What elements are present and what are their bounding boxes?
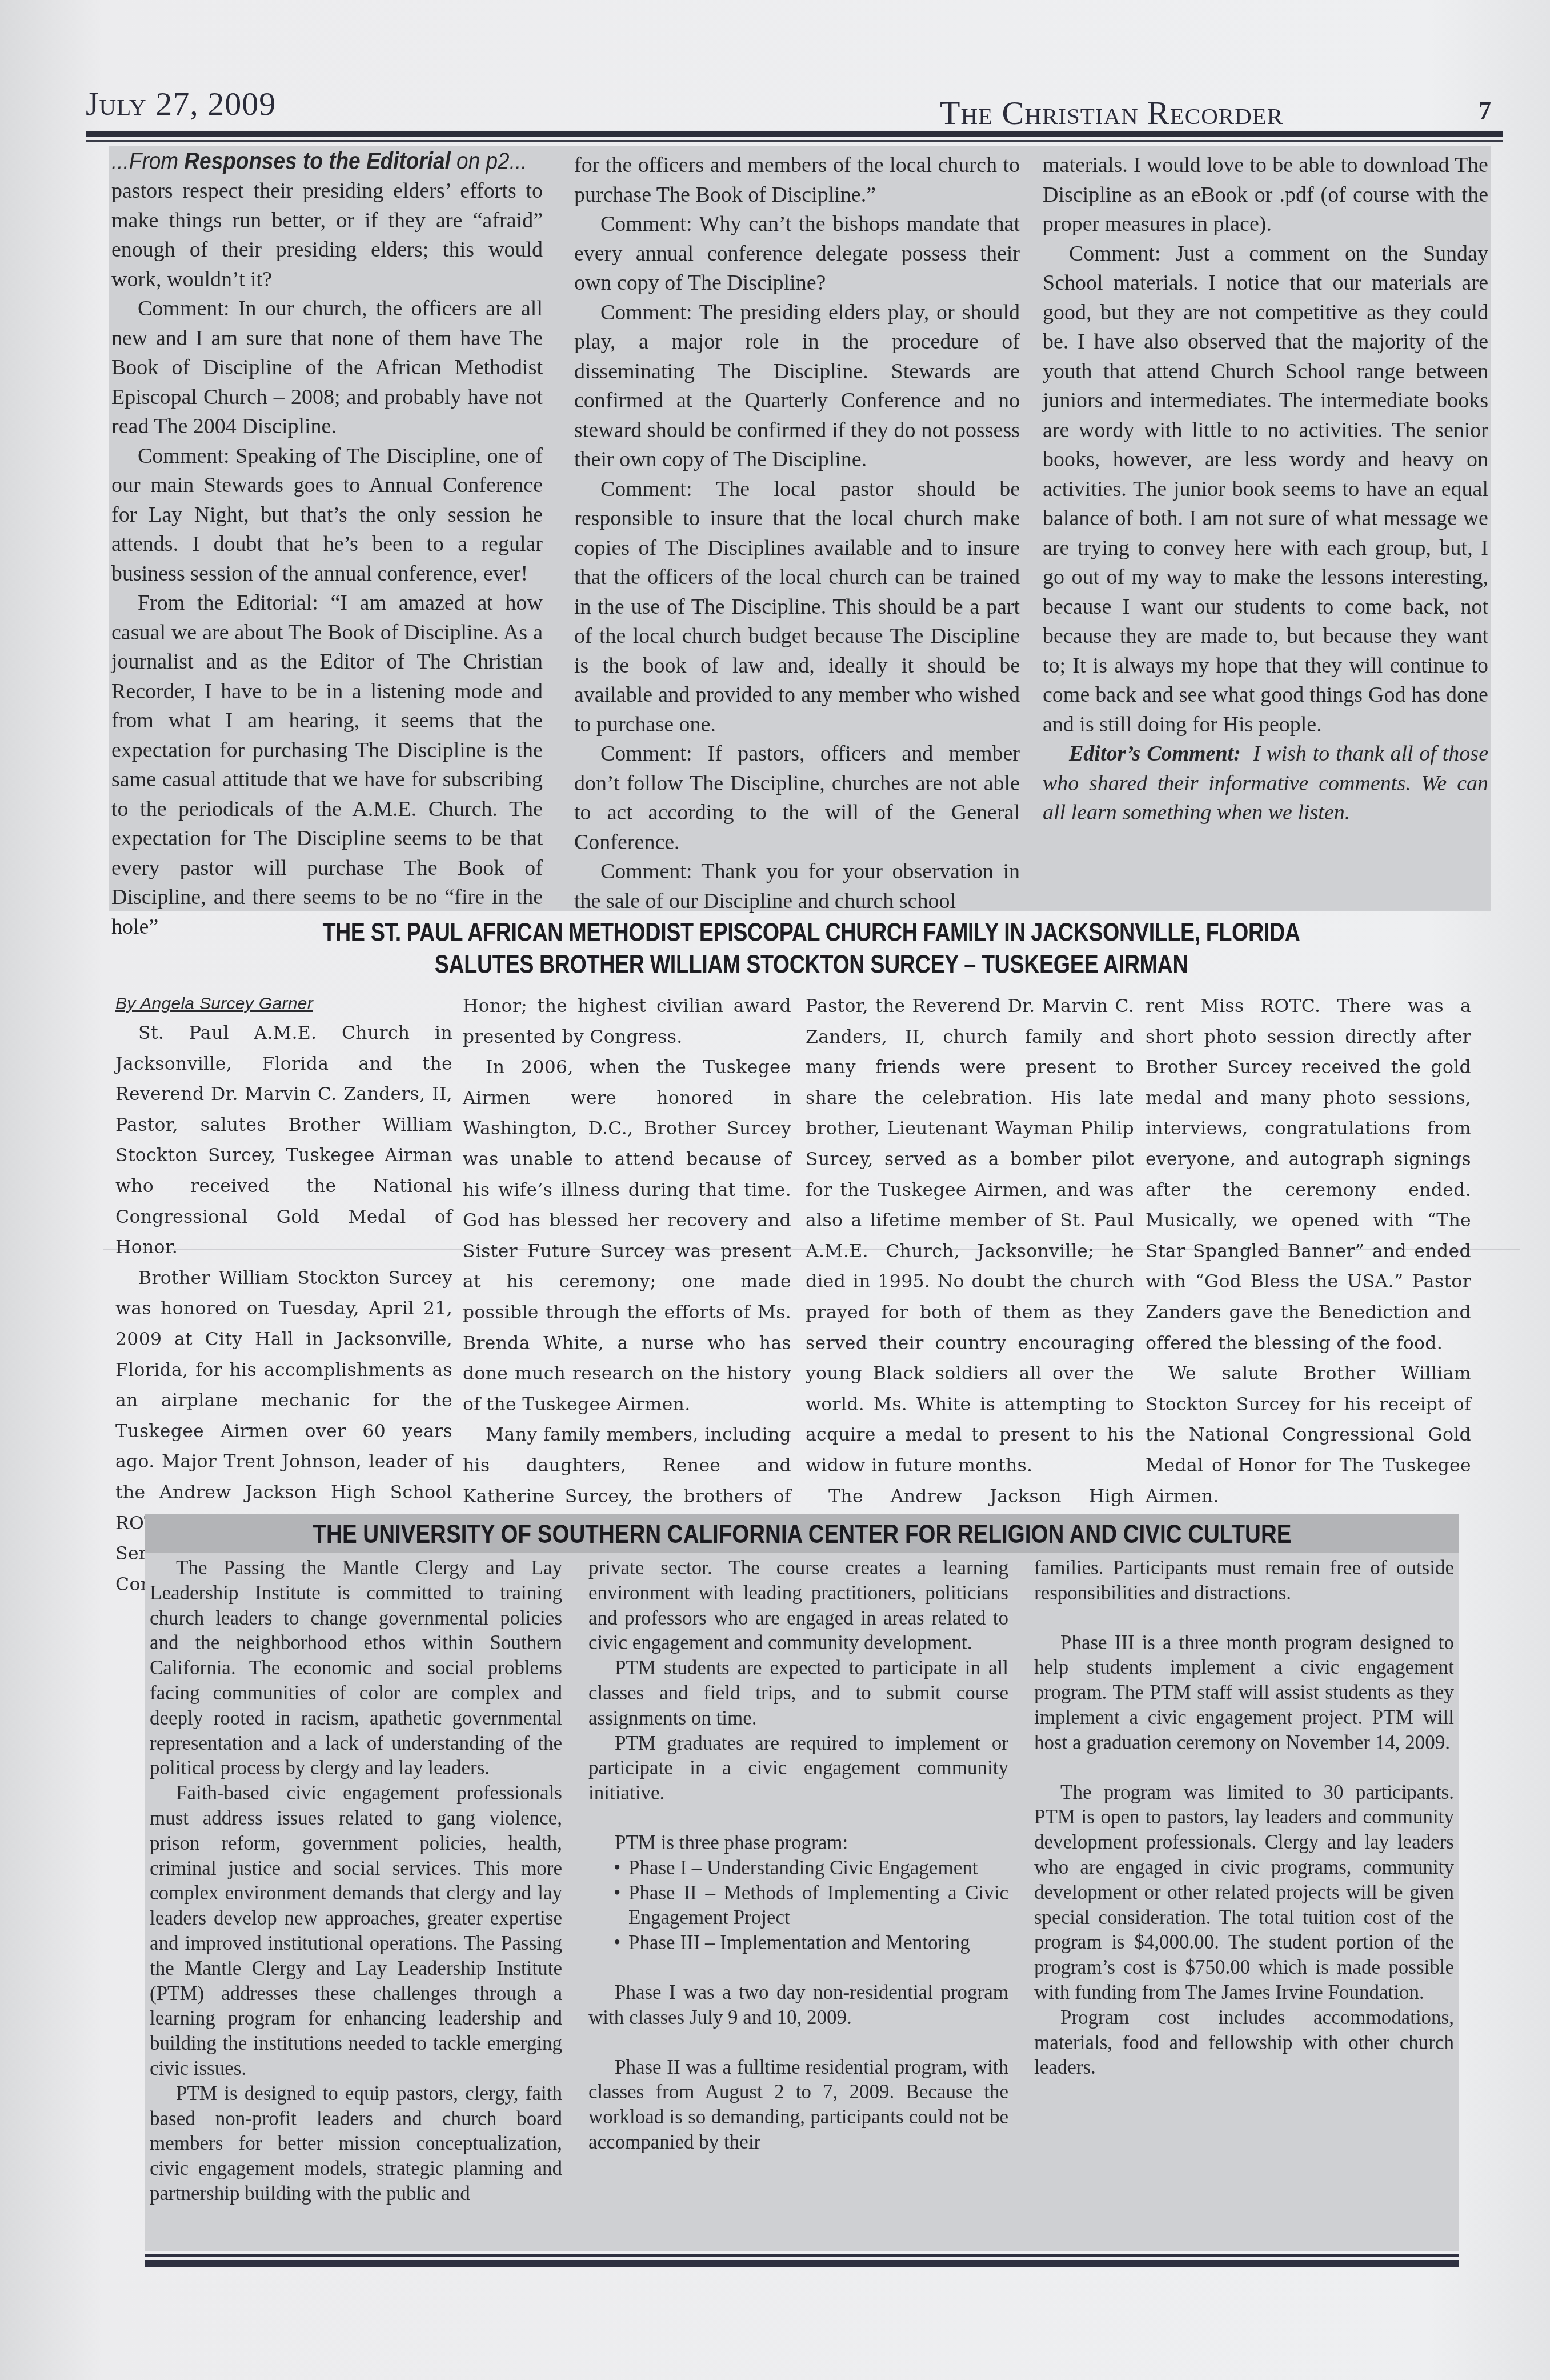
st-paul-headline-line-1: THE ST. PAUL AFRICAN METHODIST EPISCOPAL… (230, 914, 1392, 950)
st-paul-headline-line-2: SALUTES BROTHER WILLIAM STOCKTON SURCEY … (230, 946, 1392, 982)
paragraph: PTM is designed to equip pastors, clergy… (150, 2081, 562, 2206)
editor-comment: Editor’s Comment: I wish to thank all of… (1043, 739, 1488, 828)
page-header: July 27, 2009 The Christian Recorder 7 (86, 80, 1508, 137)
phase-item: Phase I – Understanding Civic Engagement (628, 1855, 1008, 1881)
page-number: 7 (1479, 96, 1491, 125)
paragraph: Comment: In our church, the officers are… (111, 294, 543, 442)
paragraph: PTM students are expected to participate… (588, 1655, 1008, 1730)
paragraph: for the officers and members of the loca… (574, 151, 1020, 210)
phase-item: Phase II – Methods of Implementing a Civ… (628, 1881, 1008, 1931)
paragraph: materials. I would love to be able to do… (1043, 151, 1488, 239)
usc-column-2: private sector. The course creates a lea… (588, 1555, 1008, 2155)
paragraph: rent Miss ROTC. There was a short photo … (1146, 991, 1471, 1359)
usc-column-1: The Passing the Mantle Clergy and Lay Le… (150, 1555, 562, 2206)
paragraph: Faith-based civic engagement professiona… (150, 1781, 562, 2081)
paragraph: private sector. The course creates a lea… (588, 1555, 1008, 1655)
byline: By Angela Surcey Garner (115, 990, 452, 1018)
editorial-kicker: ...From Responses to the Editorial on p2… (111, 146, 482, 177)
st-paul-column-1: By Angela Surcey Garner St. Paul A.M.E. … (115, 990, 452, 1600)
usc-headline: THE UNIVERSITY OF SOUTHERN CALIFORNIA CE… (263, 1517, 1341, 1551)
paragraph: Program cost includes accommodations, ma… (1034, 2005, 1454, 2080)
paragraph: Pastor, the Reverend Dr. Marvin C. Zande… (806, 991, 1134, 1482)
paragraph: Comment: Speaking of The Discipline, one… (111, 442, 543, 589)
paragraph: Honor; the highest civilian award presen… (463, 991, 791, 1053)
phases-list: Phase I – Understanding Civic Engagement… (588, 1855, 1008, 1955)
paragraph: Comment: Why can’t the bishops mandate t… (574, 210, 1020, 298)
paragraph: Comment: Just a comment on the Sunday Sc… (1043, 239, 1488, 740)
paragraph: Comment: The local pastor should be resp… (574, 475, 1020, 740)
paragraph: From the Editorial: “I am amazed at how … (111, 589, 543, 942)
paragraph: We salute Brother William Stockton Surce… (1146, 1359, 1471, 1512)
editorial-column-3: materials. I would love to be able to do… (1043, 151, 1488, 828)
editorial-column-2: for the officers and members of the loca… (574, 151, 1020, 916)
paragraph: families. Participants must remain free … (1034, 1555, 1454, 1606)
paragraph: PTM graduates are required to implement … (588, 1731, 1008, 1806)
paragraph: Phase I was a two day non-residential pr… (588, 1980, 1008, 2030)
phases-intro: PTM is three phase program: (588, 1830, 1008, 1855)
header-rule-thick (86, 131, 1503, 137)
publication-name: The Christian Recorder (940, 94, 1283, 132)
issue-date: July 27, 2009 (86, 85, 276, 123)
paragraph: Comment: The presiding elders play, or s… (574, 298, 1020, 475)
editor-comment-label: Editor’s Comment: (1069, 742, 1241, 766)
paragraph: Comment: If pastors, officers and member… (574, 739, 1020, 857)
header-rule-thin (86, 140, 1503, 142)
paragraph: In 2006, when the Tuskegee Airmen were h… (463, 1053, 791, 1420)
paragraph: Phase II was a fulltime residential prog… (588, 2055, 1008, 2155)
editorial-column-1: ...From Responses to the Editorial on p2… (111, 146, 543, 942)
usc-column-3: families. Participants must remain free … (1034, 1555, 1454, 2080)
paragraph: The Passing the Mantle Clergy and Lay Le… (150, 1555, 562, 1781)
phase-item: Phase III – Implementation and Mentoring (628, 1930, 1008, 1955)
paragraph: St. Paul A.M.E. Church in Jacksonville, … (115, 1018, 452, 1263)
st-paul-column-2: Honor; the highest civilian award presen… (463, 991, 791, 1604)
paragraph: Phase III is a three month program desig… (1034, 1630, 1454, 1755)
st-paul-column-4: rent Miss ROTC. There was a short photo … (1146, 991, 1471, 1512)
paragraph: The program was limited to 30 participan… (1034, 1780, 1454, 2005)
paragraph: Comment: Thank you for your observation … (574, 857, 1020, 916)
paragraph: pastors respect their presiding elders’ … (111, 177, 543, 294)
footer-rule-thick (145, 2260, 1459, 2267)
editorial-kicker-title: Responses to the Editorial (184, 147, 450, 175)
footer-rule-thin (145, 2254, 1459, 2257)
